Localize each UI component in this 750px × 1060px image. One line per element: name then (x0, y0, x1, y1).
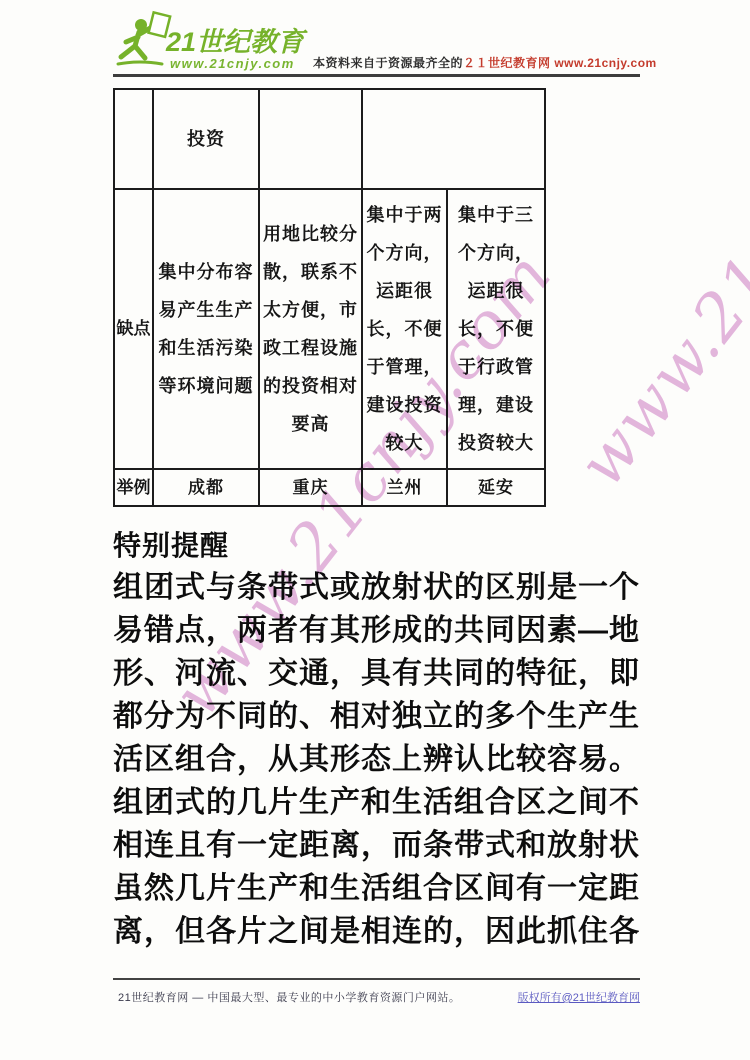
paragraph-line: 离，但各片之间是相连的，因此抓住各 (113, 910, 649, 953)
footer-copyright-link[interactable]: 版权所有@21世纪教育网 (518, 989, 640, 1005)
example-cell-chengdu: 成都 (153, 469, 259, 506)
footer-site-info: 21世纪教育网 — 中国最大型、最专业的中小学教育资源门户网站。 (118, 989, 460, 1005)
header-divider (113, 74, 640, 77)
paragraph-line: 虽然几片生产和生活组合区间有一定距 (113, 867, 649, 910)
paragraph-line: 组团式的几片生产和生活组合区之间不 (113, 781, 649, 824)
table-row-disadvantages: 缺点 集中分布容易产生生产和生活污染等环境问题 用地比较分散，联系不太方便，市政… (114, 189, 545, 469)
note-paragraph: 组团式与条带式或放射状的区别是一个 易错点，两者有其形成的共同因素—地 形、河流… (113, 566, 649, 953)
row-label-empty (114, 89, 153, 189)
tagline-prefix: 本资料来自于资源最齐全的 (313, 56, 463, 70)
paragraph-line: 易错点，两者有其形成的共同因素—地 (113, 609, 649, 652)
paragraph-line: 组团式与条带式或放射状的区别是一个 (113, 566, 649, 609)
comparison-table: 投资 缺点 集中分布容易产生生产和生活污染等环境问题 用地比较分散，联系不太方便… (113, 88, 546, 507)
disadvantage-cell-zutuan: 用地比较分散，联系不太方便，市政工程设施的投资相对要高 (259, 189, 362, 469)
carry-cell-investment: 投资 (153, 89, 259, 189)
paragraph-line: 活区组合，从其形态上辨认比较容易。 (113, 738, 649, 781)
carry-cell-empty-merged (362, 89, 545, 189)
header-tagline: 本资料来自于资源最齐全的２１世纪教育网 www.21cnjy.com (313, 54, 657, 71)
paragraph-line: 相连且有一定距离，而条带式和放射状 (113, 824, 649, 867)
watermark-text: www.21cnjy.com (561, 26, 750, 503)
disadvantage-cell-tiaodai: 集中于两个方向，运距很长，不便于管理，建设投资较大 (362, 189, 447, 469)
brand-url-text: www.21cnjy.com (170, 56, 295, 71)
document-page: 21世纪教育 www.21cnjy.com 本资料来自于资源最齐全的２１世纪教育… (0, 0, 750, 1060)
example-cell-chongqing: 重庆 (259, 469, 362, 506)
paragraph-line: 都分为不同的、相对独立的多个生产生 (113, 695, 649, 738)
example-cell-yanan: 延安 (447, 469, 545, 506)
brand-text: 21世纪教育 (165, 27, 308, 57)
row-label-examples: 举例 (114, 469, 153, 506)
special-note-heading: 特别提醒 (113, 524, 229, 564)
example-cell-lanzhou: 兰州 (362, 469, 447, 506)
footer-divider (113, 978, 640, 980)
paragraph-line: 形、河流、交通，具有共同的特征，即 (113, 652, 649, 695)
tagline-site-name: ２１世纪教育网 www.21cnjy.com (463, 56, 657, 70)
carry-cell-empty (259, 89, 362, 189)
table-row-examples: 举例 成都 重庆 兰州 延安 (114, 469, 545, 506)
disadvantage-cell-jituan: 集中分布容易产生生产和生活污染等环境问题 (153, 189, 259, 469)
row-label-disadvantages: 缺点 (114, 189, 153, 469)
table-row-carryover: 投资 (114, 89, 545, 189)
disadvantage-cell-fangshe: 集中于三个方向，运距很长，不便于行政管理，建设投资较大 (447, 189, 545, 469)
brand-logo: 21世纪教育 www.21cnjy.com (114, 10, 324, 74)
